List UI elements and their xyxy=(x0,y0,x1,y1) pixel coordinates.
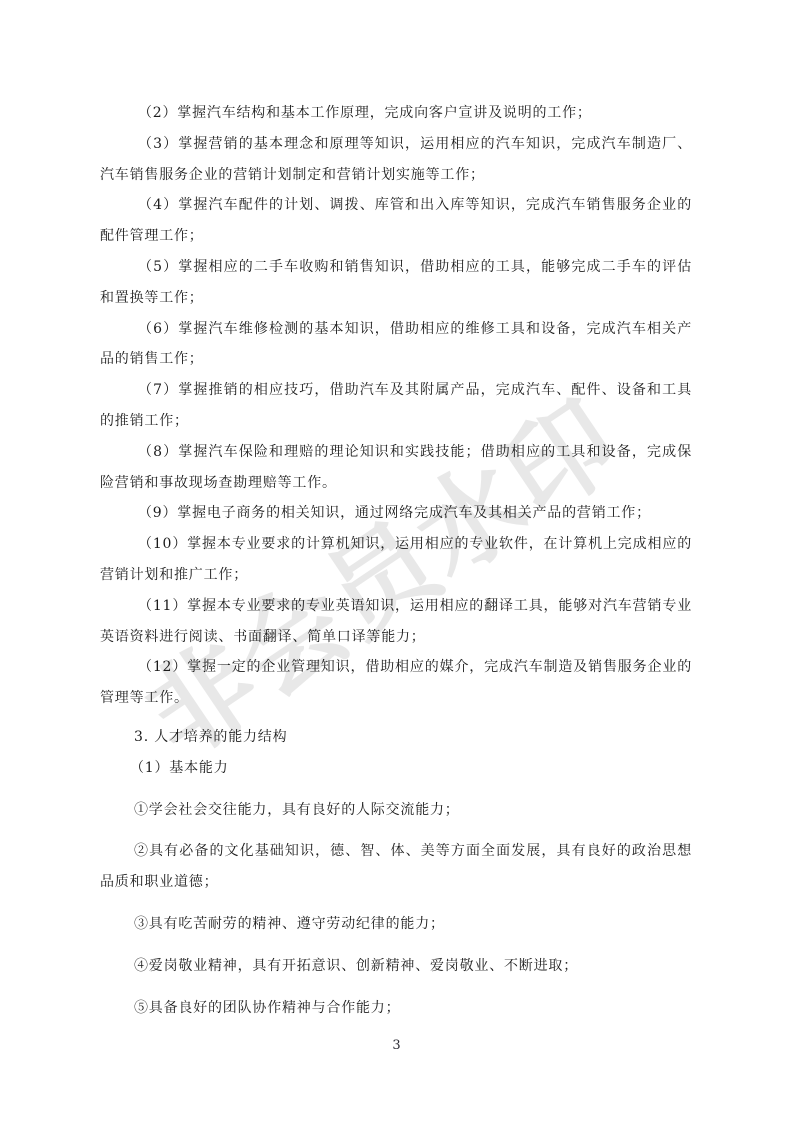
paragraph: （2）掌握汽车结构和基本工作原理，完成向客户宣讲及说明的工作； xyxy=(100,98,692,129)
paragraph: ④爱岗敬业精神，具有开拓意识、创新精神、爱岗敬业、不断进取； xyxy=(100,951,692,982)
paragraph: （6）掌握汽车维修检测的基本知识，借助相应的维修工具和设备，完成汽车相关产品的销… xyxy=(100,314,692,376)
paragraph: ②具有必备的文化基础知识，德、智、体、美等方面全面发展，具有良好的政治思想品质和… xyxy=(100,836,692,898)
document-body: （2）掌握汽车结构和基本工作原理，完成向客户宣讲及说明的工作；（3）掌握营销的基… xyxy=(100,98,692,1023)
document-page: 非会员水印 （2）掌握汽车结构和基本工作原理，完成向客户宣讲及说明的工作；（3）… xyxy=(0,0,793,1122)
paragraph: ③具有吃苦耐劳的精神、遵守劳动纪律的能力； xyxy=(100,909,692,940)
page-number: 3 xyxy=(0,1038,793,1053)
paragraph: （4）掌握汽车配件的计划、调拨、库管和出入库等知识，完成汽车销售服务企业的配件管… xyxy=(100,190,692,252)
paragraph: （3）掌握营销的基本理念和原理等知识，运用相应的汽车知识，完成汽车制造厂、汽车销… xyxy=(100,129,692,191)
paragraph: 3. 人才培养的能力结构 xyxy=(100,722,692,753)
paragraph: （7）掌握推销的相应技巧，借助汽车及其附属产品，完成汽车、配件、设备和工具的推销… xyxy=(100,375,692,437)
paragraph: （11）掌握本专业要求的专业英语知识，运用相应的翻译工具，能够对汽车营销专业英语… xyxy=(100,591,692,653)
paragraph: （5）掌握相应的二手车收购和销售知识，借助相应的工具，能够完成二手车的评估和置换… xyxy=(100,252,692,314)
paragraph: （9）掌握电子商务的相关知识，通过网络完成汽车及其相关产品的营销工作； xyxy=(100,498,692,529)
paragraph: （10）掌握本专业要求的计算机知识，运用相应的专业软件，在计算机上完成相应的营销… xyxy=(100,529,692,591)
paragraph: （8）掌握汽车保险和理赔的理论知识和实践技能；借助相应的工具和设备，完成保险营销… xyxy=(100,437,692,499)
paragraph: （1）基本能力 xyxy=(100,753,692,784)
paragraph: （12）掌握一定的企业管理知识，借助相应的媒介，完成汽车制造及销售服务企业的管理… xyxy=(100,652,692,714)
paragraph: ⑤具备良好的团队协作精神与合作能力； xyxy=(100,993,692,1024)
paragraph: ①学会社会交往能力，具有良好的人际交流能力； xyxy=(100,795,692,826)
